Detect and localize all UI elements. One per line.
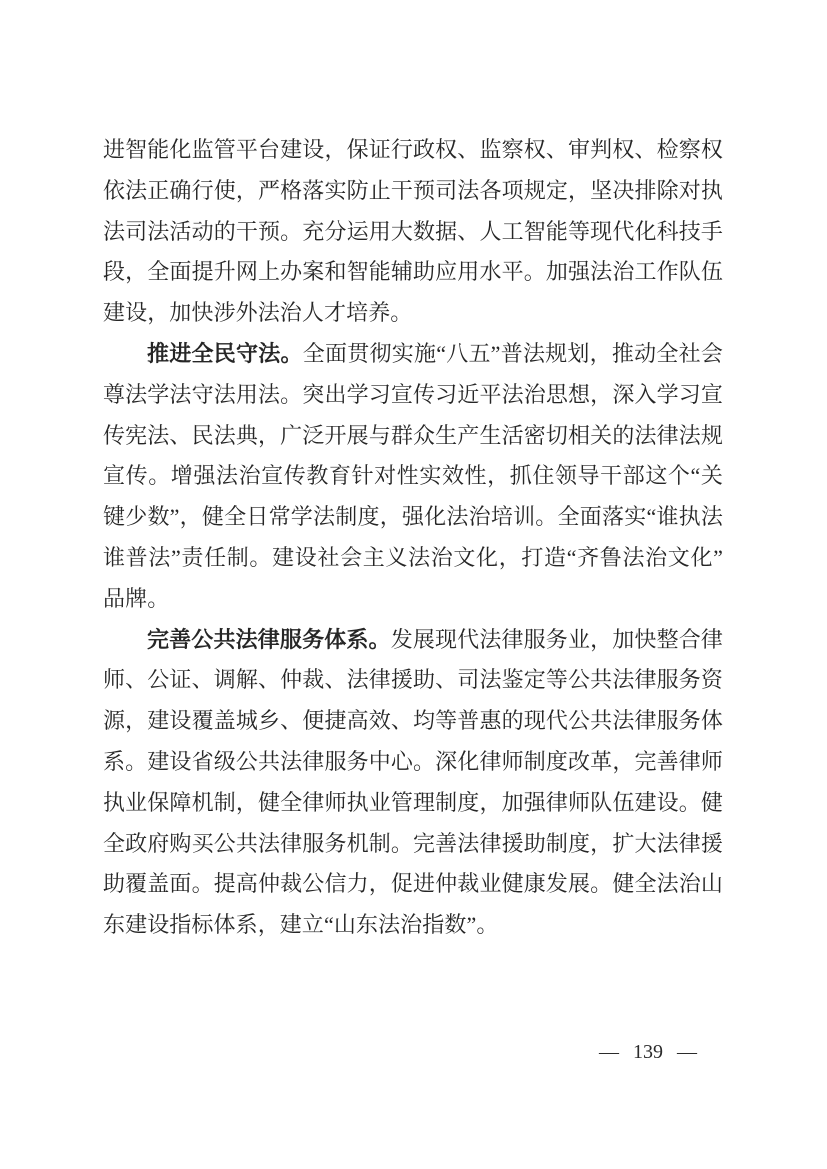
paragraph-lead-bold: 推进全民守法。 (147, 341, 303, 366)
page-footer: — 139 — (599, 1039, 697, 1065)
paragraph-continuation: 进智能化监管平台建设，保证行政权、监察权、审判权、检察权依法正确行使，严格落实防… (103, 130, 723, 334)
paragraph-text: 进智能化监管平台建设，保证行政权、监察权、审判权、检察权依法正确行使，严格落实防… (103, 137, 723, 325)
document-page: 进智能化监管平台建设，保证行政权、监察权、审判权、检察权依法正确行使，严格落实防… (0, 0, 827, 1169)
page-number: — 139 — (599, 1041, 697, 1063)
paragraph-lead-bold: 完善公共法律服务体系。 (147, 627, 391, 652)
paragraph-text: 全面贯彻实施“八五”普法规划，推动全社会尊法学法守法用法。突出学习宣传习近平法治… (103, 341, 723, 611)
document-body: 进智能化监管平台建设，保证行政权、监察权、审判权、检察权依法正确行使，严格落实防… (103, 130, 723, 946)
paragraph-wanshan-falv-fuwu: 完善公共法律服务体系。发展现代法律服务业，加快整合律师、公证、调解、仲裁、法律援… (103, 620, 723, 946)
paragraph-text: 发展现代法律服务业，加快整合律师、公证、调解、仲裁、法律援助、司法鉴定等公共法律… (103, 627, 723, 938)
paragraph-tuijin-quanmin-shoufa: 推进全民守法。全面贯彻实施“八五”普法规划，推动全社会尊法学法守法用法。突出学习… (103, 334, 723, 620)
